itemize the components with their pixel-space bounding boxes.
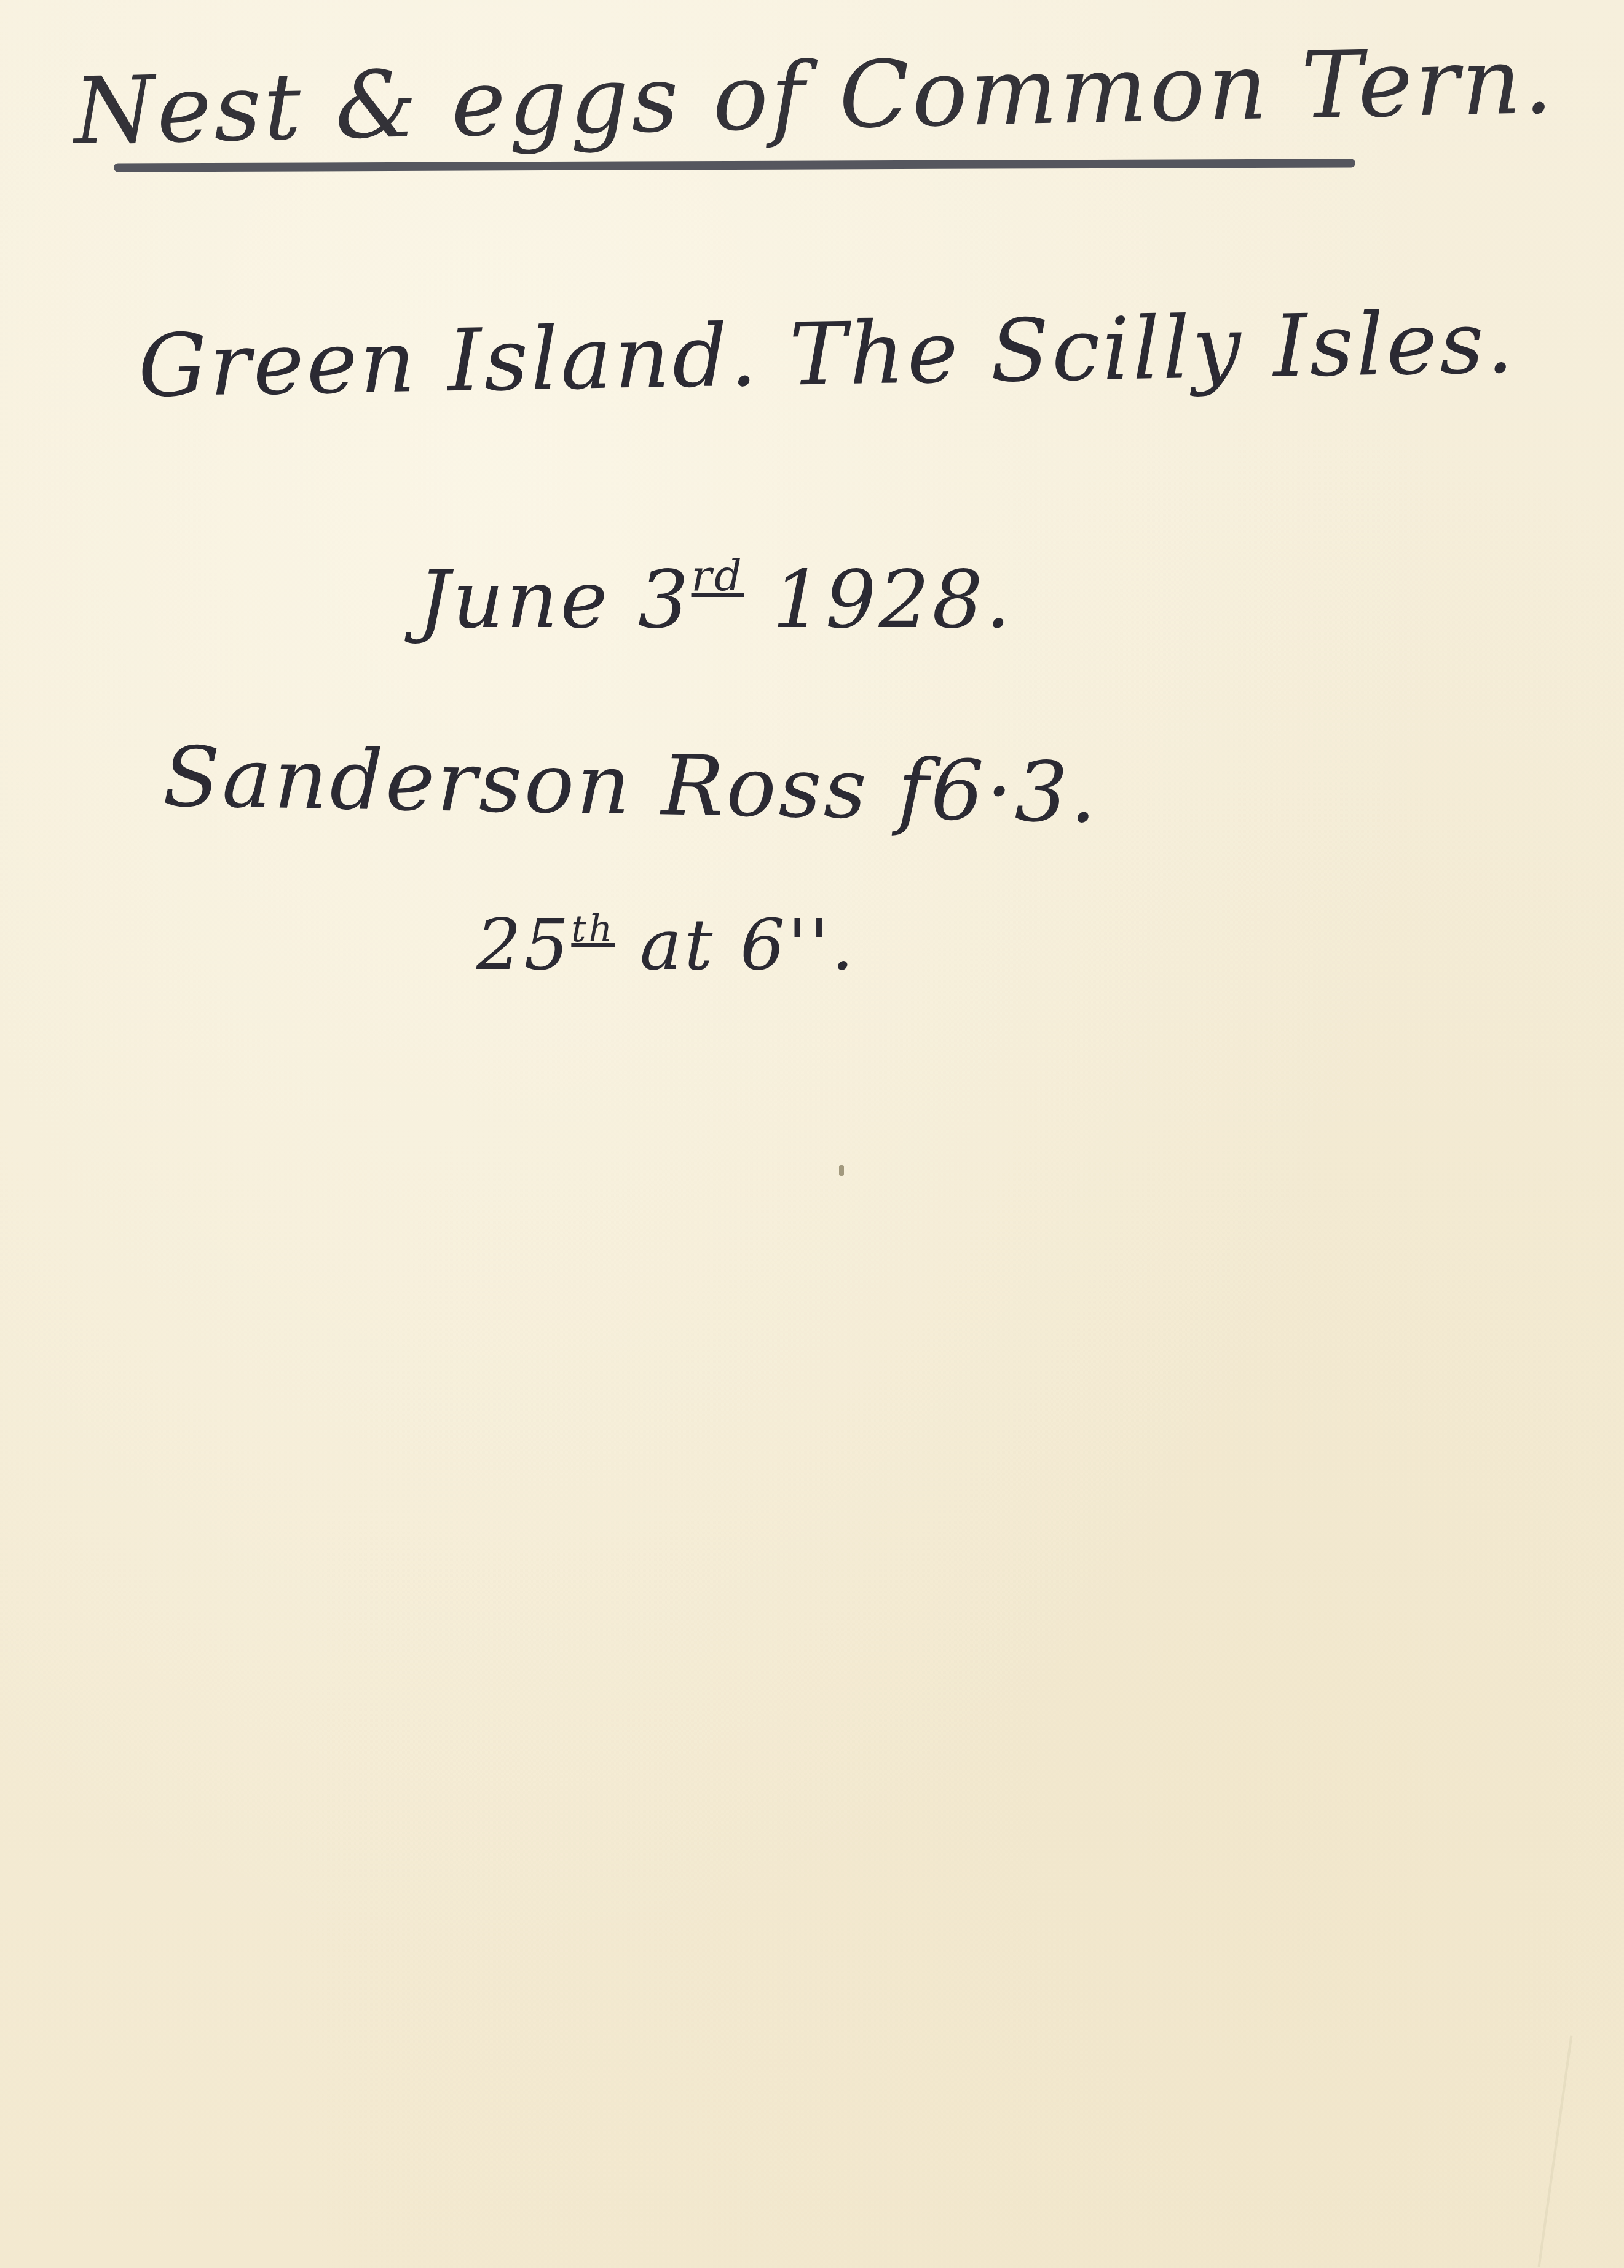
paper-crease xyxy=(1538,2036,1573,2267)
caption-card: Nest & eggs of Common Tern. Green Island… xyxy=(0,0,1624,2268)
date-day: June 3 xyxy=(418,553,692,646)
paper-speck xyxy=(839,1165,844,1176)
date-line: June 3rd 1928. xyxy=(418,550,1013,646)
exposure-line: 25th at 6''. xyxy=(476,904,856,986)
location-line: Green Island. The Scilly Isles. xyxy=(138,293,1517,417)
date-year: 1928. xyxy=(772,553,1013,646)
date-ordinal: rd xyxy=(692,550,744,601)
title-heading: Nest & eggs of Common Tern. xyxy=(73,28,1556,165)
title-underline xyxy=(114,159,1355,172)
exposure-ordinal: th xyxy=(571,907,615,950)
exposure-number: 25 xyxy=(476,904,571,986)
exposure-detail: at 6''. xyxy=(615,904,856,986)
camera-line: Sanderson Ross f6·3. xyxy=(162,729,1100,842)
